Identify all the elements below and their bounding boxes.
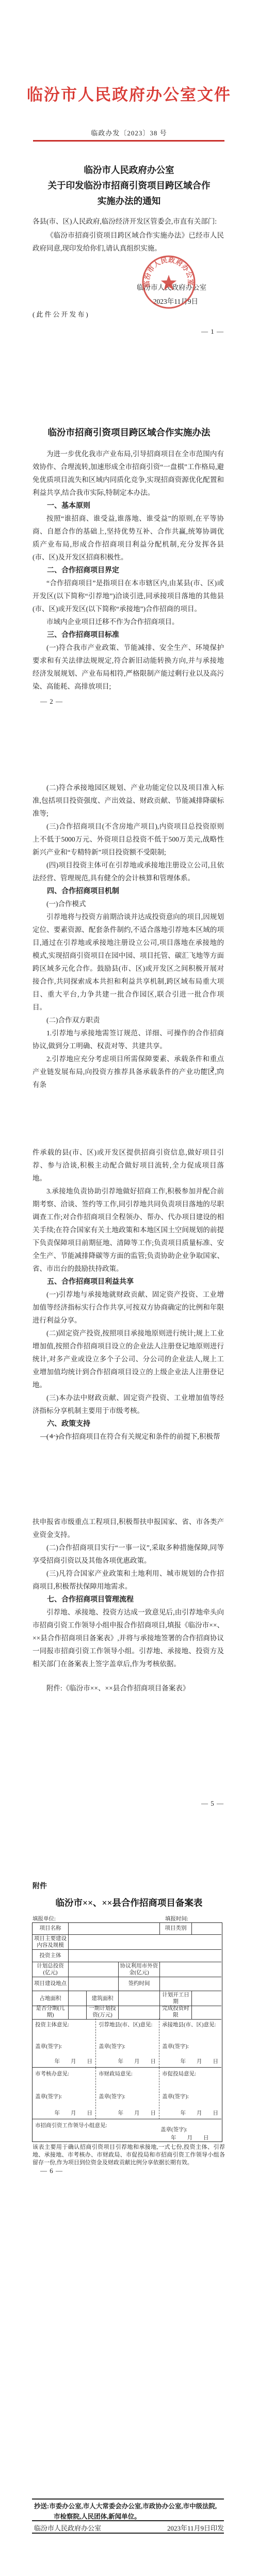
notice-title-line1: 临汾市人民政府办公室 [0,162,258,178]
section-heading: 一、基本原则 [33,499,224,512]
paragraph: (三)本办法中财政贡献、固定资产投资、工业增加值等经济指标分享机制主要用于市级考… [33,1391,224,1417]
label-build-area: 建筑面积 [87,1991,119,2006]
red-masthead-title: 临汾市人民政府办公室文件 [0,82,258,105]
table-row: 计划总投资(亿元) 协议利用市外资金(亿元) [33,1962,222,1977]
page-number-6: — 6 — [40,2167,63,2175]
label-project-type: 项目类别 [160,1923,192,1935]
date-blank: 年 月 日 [55,2109,93,2117]
document-scan: { "doc": { "masthead": "临汾市人民政府办公室文件", "… [0,0,258,2574]
paragraph: (三)合作招商项目(不含房地产项目),内资项目总投资原则上不低于5000万元、外… [33,820,224,859]
opinion-header: 市招商引资工作领导小组意见: [35,2121,219,2129]
section-heading: 六、政策支持 [33,1417,224,1430]
label-external-fund: 协议利用市外资金(亿元) [119,1962,160,1977]
official-seal-icon: 临汾市人民政府办公室 [141,254,197,310]
red-divider-rule [33,140,224,142]
opinion-kaohe: 市考核办意见: 盖章(签字): 年 月 日 [33,2068,96,2119]
notice-body: 《临汾市招商引资项目跨区域合作实施办法》已经市人民政府同意,现印发给你们,请认真… [33,229,224,255]
seal-sign-label: 盖章(签字): [162,2092,189,2100]
attachment-title: 临汾市××、××县合作招商项目备案表 [0,1896,258,1909]
attachment-label: 附件 [33,1881,47,1891]
paragraph: 市域内企业项目迁移不作为合作招商项目。 [33,615,224,628]
value-investor [69,1950,221,1962]
section-heading: 七、合作招商项目管理流程 [33,1593,224,1606]
opinion-header: 引荐地县(市、区)意见: [99,2021,156,2028]
paragraph: 2.引荐地应充分考虑项目所需保障要素、承载条件和重点产业链发展布局,向投资方推荐… [33,1052,224,1091]
paragraph: (三)凡符合国家产业政策和土地利用、城市规划的合作招商项目,积极帮扶保障用地需求… [33,1567,224,1593]
value-sign-time [160,1977,221,1991]
paragraph: “合作招商项目”是指项目在本市辖区内,由某县(市、区)或开发区(以下简称“引荐地… [33,577,224,615]
opinion-referrer: 引荐地县(市、区)意见: 盖章(签字): 年 月 日 [96,2019,159,2068]
opinion-header: 市财政局意见: [99,2070,156,2077]
public-release-note: (此件公开发布) [33,309,90,319]
table-row: 投资主体 [33,1950,222,1962]
value-build-area [119,1991,160,2006]
table-row-opinions-2: 市考核办意见: 盖章(签字): 年 月 日 市财政局意见: 盖章(签字): 年 … [33,2068,222,2119]
seal-sign-label: 盖章(签字): [35,2092,62,2100]
value-location [69,1977,119,1991]
seal-sign-label: 盖章(签字): [162,2042,189,2050]
date-blank: 年 月 日 [118,2057,156,2065]
label-sign-time: 签约时间 [119,1977,160,1991]
footer-rule-middle [32,2520,224,2521]
section-heading: 二、合作招商项目界定 [33,564,224,577]
page-number-1: — 1 — [201,328,224,336]
paragraph: 按照“谁招商、谁受益,谁落地、谁受益”的原则,在平等协商、自愿合作的基础上,坚持… [33,512,224,564]
table-row: 项目建设地点 签约时间 [33,1977,222,1991]
paragraph: (二)合作双方职责 [33,1014,224,1027]
page-5: 扶申报省市级重点工程项目,积极帮扶申报国家、省、市各类产业资金支持。(二)合作招… [0,1472,258,1839]
value-project-type [192,1923,221,1935]
paragraph: 扶申报省市级重点工程项目,积极帮扶申报国家、省、市各类产业资金支持。 [33,1515,224,1541]
value-phased [69,2005,87,2020]
paragraph: 3.承接地负责协助引荐地做好招商工作,积极参加并配合前期考察、洽谈、签约等工作,… [33,1185,224,1275]
date-blank: 年 月 日 [181,2109,219,2117]
page-2: 临汾市招商引资项目跨区域合作实施办法 为进一步优化我市产业布局,引导招商项目在全… [0,370,258,737]
table-row: 项目主要建设内容及规模 [33,1935,222,1950]
paragraph: (四)项目投资主体可在引荐地或承接地注册设立公司,且依法经营、管理规范,具有健全… [33,859,224,884]
label-investor: 投资主体 [33,1950,69,1962]
date-blank: 年 月 日 [55,2057,93,2065]
table-row: 占地面积 建筑面积 计划开工日期 [33,1991,222,2005]
paragraph: (二)符合承接地园区规划、产业功能定位以及项目准入标准,包括项目投资强度、产出效… [33,781,224,820]
paragraph: (二)合作招商项目实行“一事一议”,采取多种措施保障,同等享受招商引资以及其他各… [33,1541,224,1567]
value-invest-deadline [192,2005,221,2020]
paragraph: (一)合作模式 [33,897,224,910]
opinion-header: 承接地县(市、区)意见: [162,2021,219,2028]
label-location: 项目建设地点 [33,1977,69,1991]
page-number-3: — 3 — [201,1065,224,1073]
opinion-header: 投资主体意见: [35,2021,93,2028]
value-phase1-invest [119,2005,160,2020]
date-blank: 年 月 日 [118,2109,156,2117]
section-heading: 五、合作招商项目利益共享 [33,1275,224,1288]
footer-issuer: 临汾市人民政府办公室 [34,2523,101,2533]
page-3: (二)符合承接地园区规划、产业功能定位以及项目准入标准,包括项目投资强度、产出效… [0,737,258,1105]
footer-rule-top [32,2499,224,2500]
notice-title-line2: 关于印发临汾市招商引资项目跨区域合作 [0,178,258,193]
label-phased: 是否分期(几期) [33,2005,69,2020]
date-blank: 年 月 日 [171,2134,209,2142]
opinion-header: 市考核办意见: [35,2070,93,2077]
table-note: 该表主要用于确认招商引资项目引荐地和承接地,一式七份,投资主体、引荐地、承接地、… [33,2144,225,2167]
table-row-leader-opinion: 市招商引资工作领导小组意见: 盖章(签字): 年 月 日 [33,2119,222,2142]
label-phase1-invest: 一期计划投资(万元) [87,2005,119,2020]
page-4: 件承载的县(市、区)或开发区提供招商引资信息,做好项目引荐、参与洽谈,积极主动配… [0,1105,258,1472]
page-6: 附件 临汾市××、××县合作招商项目备案表 填报单位: 填报时间: 项目名称 项… [0,1839,258,2207]
page-number-5: — 5 — [201,1799,224,1808]
footer-rule-bottom [32,2533,224,2534]
table-row: 是否分期(几期) 一期计划投资(万元) 完成投资时限 [33,2005,222,2019]
page-2-body: 为进一步优化我市产业布局,引导招商项目在全市范围内有效协作、合理流转,加速形成全… [33,447,224,693]
section-heading: 三、合作招商项目标准 [33,628,224,641]
footer-print-date: 2023年11月9日印发 [167,2523,224,2533]
page-3-body: (二)符合承接地园区规划、产业功能定位以及项目准入标准,包括项目投资强度、产出效… [33,781,224,1091]
paragraph: 为进一步优化我市产业布局,引导招商项目在全市范围内有效协作、合理流转,加速形成全… [33,447,224,499]
seal-sign-label: 盖章(签字): [160,2125,187,2133]
document-number: 临政办发〔2023〕38 号 [0,128,258,137]
paragraph: 附件:《临汾市××、××县合作招商项目备案表》 [33,1682,224,1695]
label-construction: 项目主要建设内容及规模 [33,1935,69,1950]
opinion-leader-group: 市招商引资工作领导小组意见: 盖章(签字): 年 月 日 [33,2119,221,2142]
label-total-invest: 计划总投资(亿元) [33,1962,69,1977]
page-number-4: — 4 — [40,1432,63,1440]
value-land-area [69,1991,87,2006]
table-row: 项目名称 项目类别 [33,1923,222,1935]
measures-title: 临汾市招商引资项目跨区域合作实施办法 [0,426,258,439]
opinion-undertaker: 承接地县(市、区)意见: 盖章(签字): 年 月 日 [159,2019,221,2068]
page-1: 临汾市人民政府办公室文件 临政办发〔2023〕38 号 临汾市人民政府办公室 关… [0,0,258,370]
label-start-date: 计划开工日期 [160,1991,192,2006]
value-external-fund [160,1962,221,1977]
fill-time-label: 填报时间: [165,1915,188,1922]
paragraph: 件承载的县(市、区)或开发区提供招商引资信息,做好项目引荐、参与洽谈,积极主动配… [33,1146,224,1185]
page-4-body: 件承载的县(市、区)或开发区提供招商引资信息,做好项目引荐、参与洽谈,积极主动配… [33,1146,224,1443]
page-7: 抄送:市委办公室,市人大常委会办公室,市政协办公室,市中级法院, 市检察院,人民… [0,2207,258,2576]
paragraph: 1.引荐地与承接地需签订规范、详细、可操作的合作招商协议,做到分工明确、权责对等… [33,1027,224,1052]
seal-sign-label: 盖章(签字): [99,2092,125,2100]
opinion-investor: 投资主体意见: 盖章(签字): 年 月 日 [33,2019,96,2068]
paragraph: 引荐地将与投资方前期洽谈并达成投资意向的项目,因规划定位、要素资源、配套条件制约… [33,910,224,1014]
section-heading: 四、合作招商项目机制 [33,884,224,897]
salutation: 各县(市、区)人民政府,临汾经济开发区管委会,市直有关部门: [33,215,224,228]
label-land-area: 占地面积 [33,1991,69,2006]
seal-sign-label: 盖章(签字): [35,2042,62,2050]
seal-sign-label: 盖章(签字): [99,2042,125,2050]
notice-title-line3: 实施办法的通知 [0,193,258,209]
seal-star-icon [161,275,176,290]
record-form-table: 项目名称 项目类别 项目主要建设内容及规模 投资主体 计划总投资(亿元) 协议利… [32,1922,222,2142]
page-number-2: — 2 — [40,697,63,706]
paragraph: (二)固定资产投资,按照项目承接地原则进行统计;规上工业增加值,按照合作招商项目… [33,1327,224,1391]
opinion-header: 市促投局意见: [162,2070,219,2077]
label-project-name: 项目名称 [33,1923,69,1935]
page-5-body: 扶申报省市级重点工程项目,积极帮扶申报国家、省、市各类产业资金支持。(二)合作招… [33,1515,224,1695]
value-construction [69,1935,221,1950]
opinion-finance: 市财政局意见: 盖章(签字): 年 月 日 [96,2068,159,2119]
paragraph: 引荐地、承接地、投资方达成一致意见后,由引荐地牵头向市招商引资工作领导小组申报合… [33,1606,224,1670]
fill-unit-label: 填报单位: [33,1916,56,1922]
paragraph: (一)符合我市产业政策、节能减排、安全生产、环境保护要求和有关法律法规规定,符合… [33,641,224,693]
paragraph: (一)引荐地与承接地就财政贡献、固定资产投资、工业增加值等经济指标实行合作共享,… [33,1288,224,1327]
notice-title: 临汾市人民政府办公室 关于印发临汾市招商引资项目跨区域合作 实施办法的通知 [0,162,258,209]
value-project-name [69,1923,160,1935]
opinion-cutou: 市促投局意见: 盖章(签字): 年 月 日 [159,2068,221,2119]
cc-line-1: 抄送:市委办公室,市人大常委会办公室,市政协办公室,市中级法院, [34,2501,224,2511]
table-row-opinions-1: 投资主体意见: 盖章(签字): 年 月 日 引荐地县(市、区)意见: 盖章(签字… [33,2019,222,2068]
label-invest-deadline: 完成投资时限 [160,2005,192,2020]
fill-row: 填报单位: 填报时间: [33,1915,224,1922]
date-blank: 年 月 日 [181,2057,219,2065]
value-start-date [192,1991,221,2006]
value-total-invest [69,1962,119,1977]
